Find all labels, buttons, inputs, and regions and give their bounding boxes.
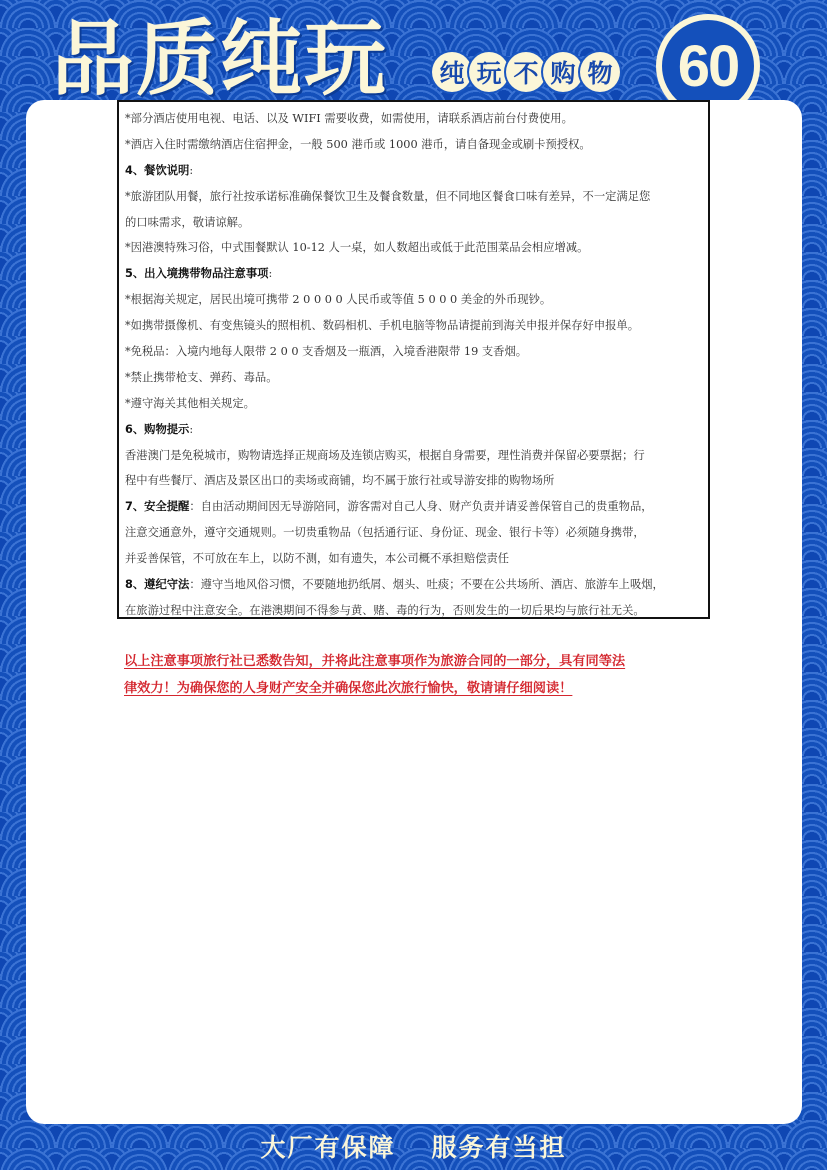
notice-line: 并妥善保管，不可放在车上，以防不测，如有遗失，本公司概不承担赔偿责任 [125, 546, 702, 572]
no-shopping-badge: 纯 玩 不 购 物 [432, 52, 617, 92]
section-heading: 5、出入境携带物品注意事项: [125, 261, 702, 287]
badge-char: 物 [580, 52, 620, 92]
badge-char: 玩 [469, 52, 509, 92]
notice-line: *部分酒店使用电视、电话、以及 WIFI 需要收费，如需使用，请联系酒店前台付费… [125, 106, 702, 132]
disclaimer-line-2: 律效力！为确保您的人身财产安全并确保您此次旅行愉快，敬请请仔细阅读！ [124, 681, 572, 696]
notice-line: *酒店入住时需缴纳酒店住宿押金，一般 500 港币或 1000 港币，请自备现金… [125, 132, 702, 158]
slogan-right: 服务有当担 [432, 1133, 567, 1162]
section-heading: 8、遵纪守法：遵守当地风俗习惯，不要随地扔纸屑、烟头、吐痰；不要在公共场所、酒店… [125, 572, 702, 598]
disclaimer-note: 以上注意事项旅行社已悉数告知，并将此注意事项作为旅游合同的一部分，具有同等法 律… [124, 648, 724, 702]
notice-line: *遵守海关其他相关规定。 [125, 391, 702, 417]
slogan-left: 大厂有保障 [260, 1133, 395, 1162]
section-heading: 4、餐饮说明: [125, 158, 702, 184]
notice-line: 的口味需求，敬请谅解。 [125, 210, 702, 236]
section-heading: 7、安全提醒：自由活动期间因无导游陪同，游客需对自己人身、财产负责并请妥善保管自… [125, 494, 702, 520]
notice-line: *根据海关规定，居民出境可携带 2 0 0 0 0 人民币或等值 5 0 0 0… [125, 287, 702, 313]
notice-line: *因港澳特殊习俗，中式围餐默认 10-12 人一桌，如人数超出或低于此范围菜品会… [125, 235, 702, 261]
section-heading: 6、购物提示: [125, 417, 702, 443]
notice-box: *部分酒店使用电视、电话、以及 WIFI 需要收费，如需使用，请联系酒店前台付费… [117, 100, 710, 619]
notice-line: 香港澳门是免税城市，购物请选择正规商场及连锁店购买，根据自身需要，理性消费并保留… [125, 443, 702, 469]
notice-line: 在旅游过程中注意安全。在港澳期间不得参与黄、赌、毒的行为，否则发生的一切后果均与… [125, 598, 702, 624]
disclaimer-line-1: 以上注意事项旅行社已悉数告知，并将此注意事项作为旅游合同的一部分，具有同等法 [124, 654, 625, 669]
notice-line: *旅游团队用餐，旅行社按承诺标准确保餐饮卫生及餐食数量，但不同地区餐食口味有差异… [125, 184, 702, 210]
badge-char: 纯 [432, 52, 472, 92]
notice-line: *免税品：入境内地每人限带 2 0 0 支香烟及一瓶酒，入境香港限带 19 支香… [125, 339, 702, 365]
notice-line: 注意交通意外，遵守交通规则。一切贵重物品（包括通行证、身份证、现金、银行卡等）必… [125, 520, 702, 546]
notice-line: 程中有些餐厅、酒店及景区出口的卖场或商铺，均不属于旅行社或导游安排的购物场所 [125, 468, 702, 494]
badge-char: 不 [506, 52, 546, 92]
footer-slogan: 大厂有保障服务有当担 [0, 1128, 827, 1164]
content-card: *部分酒店使用电视、电话、以及 WIFI 需要收费，如需使用，请联系酒店前台付费… [26, 100, 802, 1124]
notice-line: *如携带摄像机、有变焦镜头的照相机、数码相机、手机电脑等物品请提前到海关申报并保… [125, 313, 702, 339]
header-title: 品质纯玩 [52, 18, 388, 100]
badge-char: 购 [543, 52, 583, 92]
notice-line: *禁止携带枪支、弹药、毒品。 [125, 365, 702, 391]
